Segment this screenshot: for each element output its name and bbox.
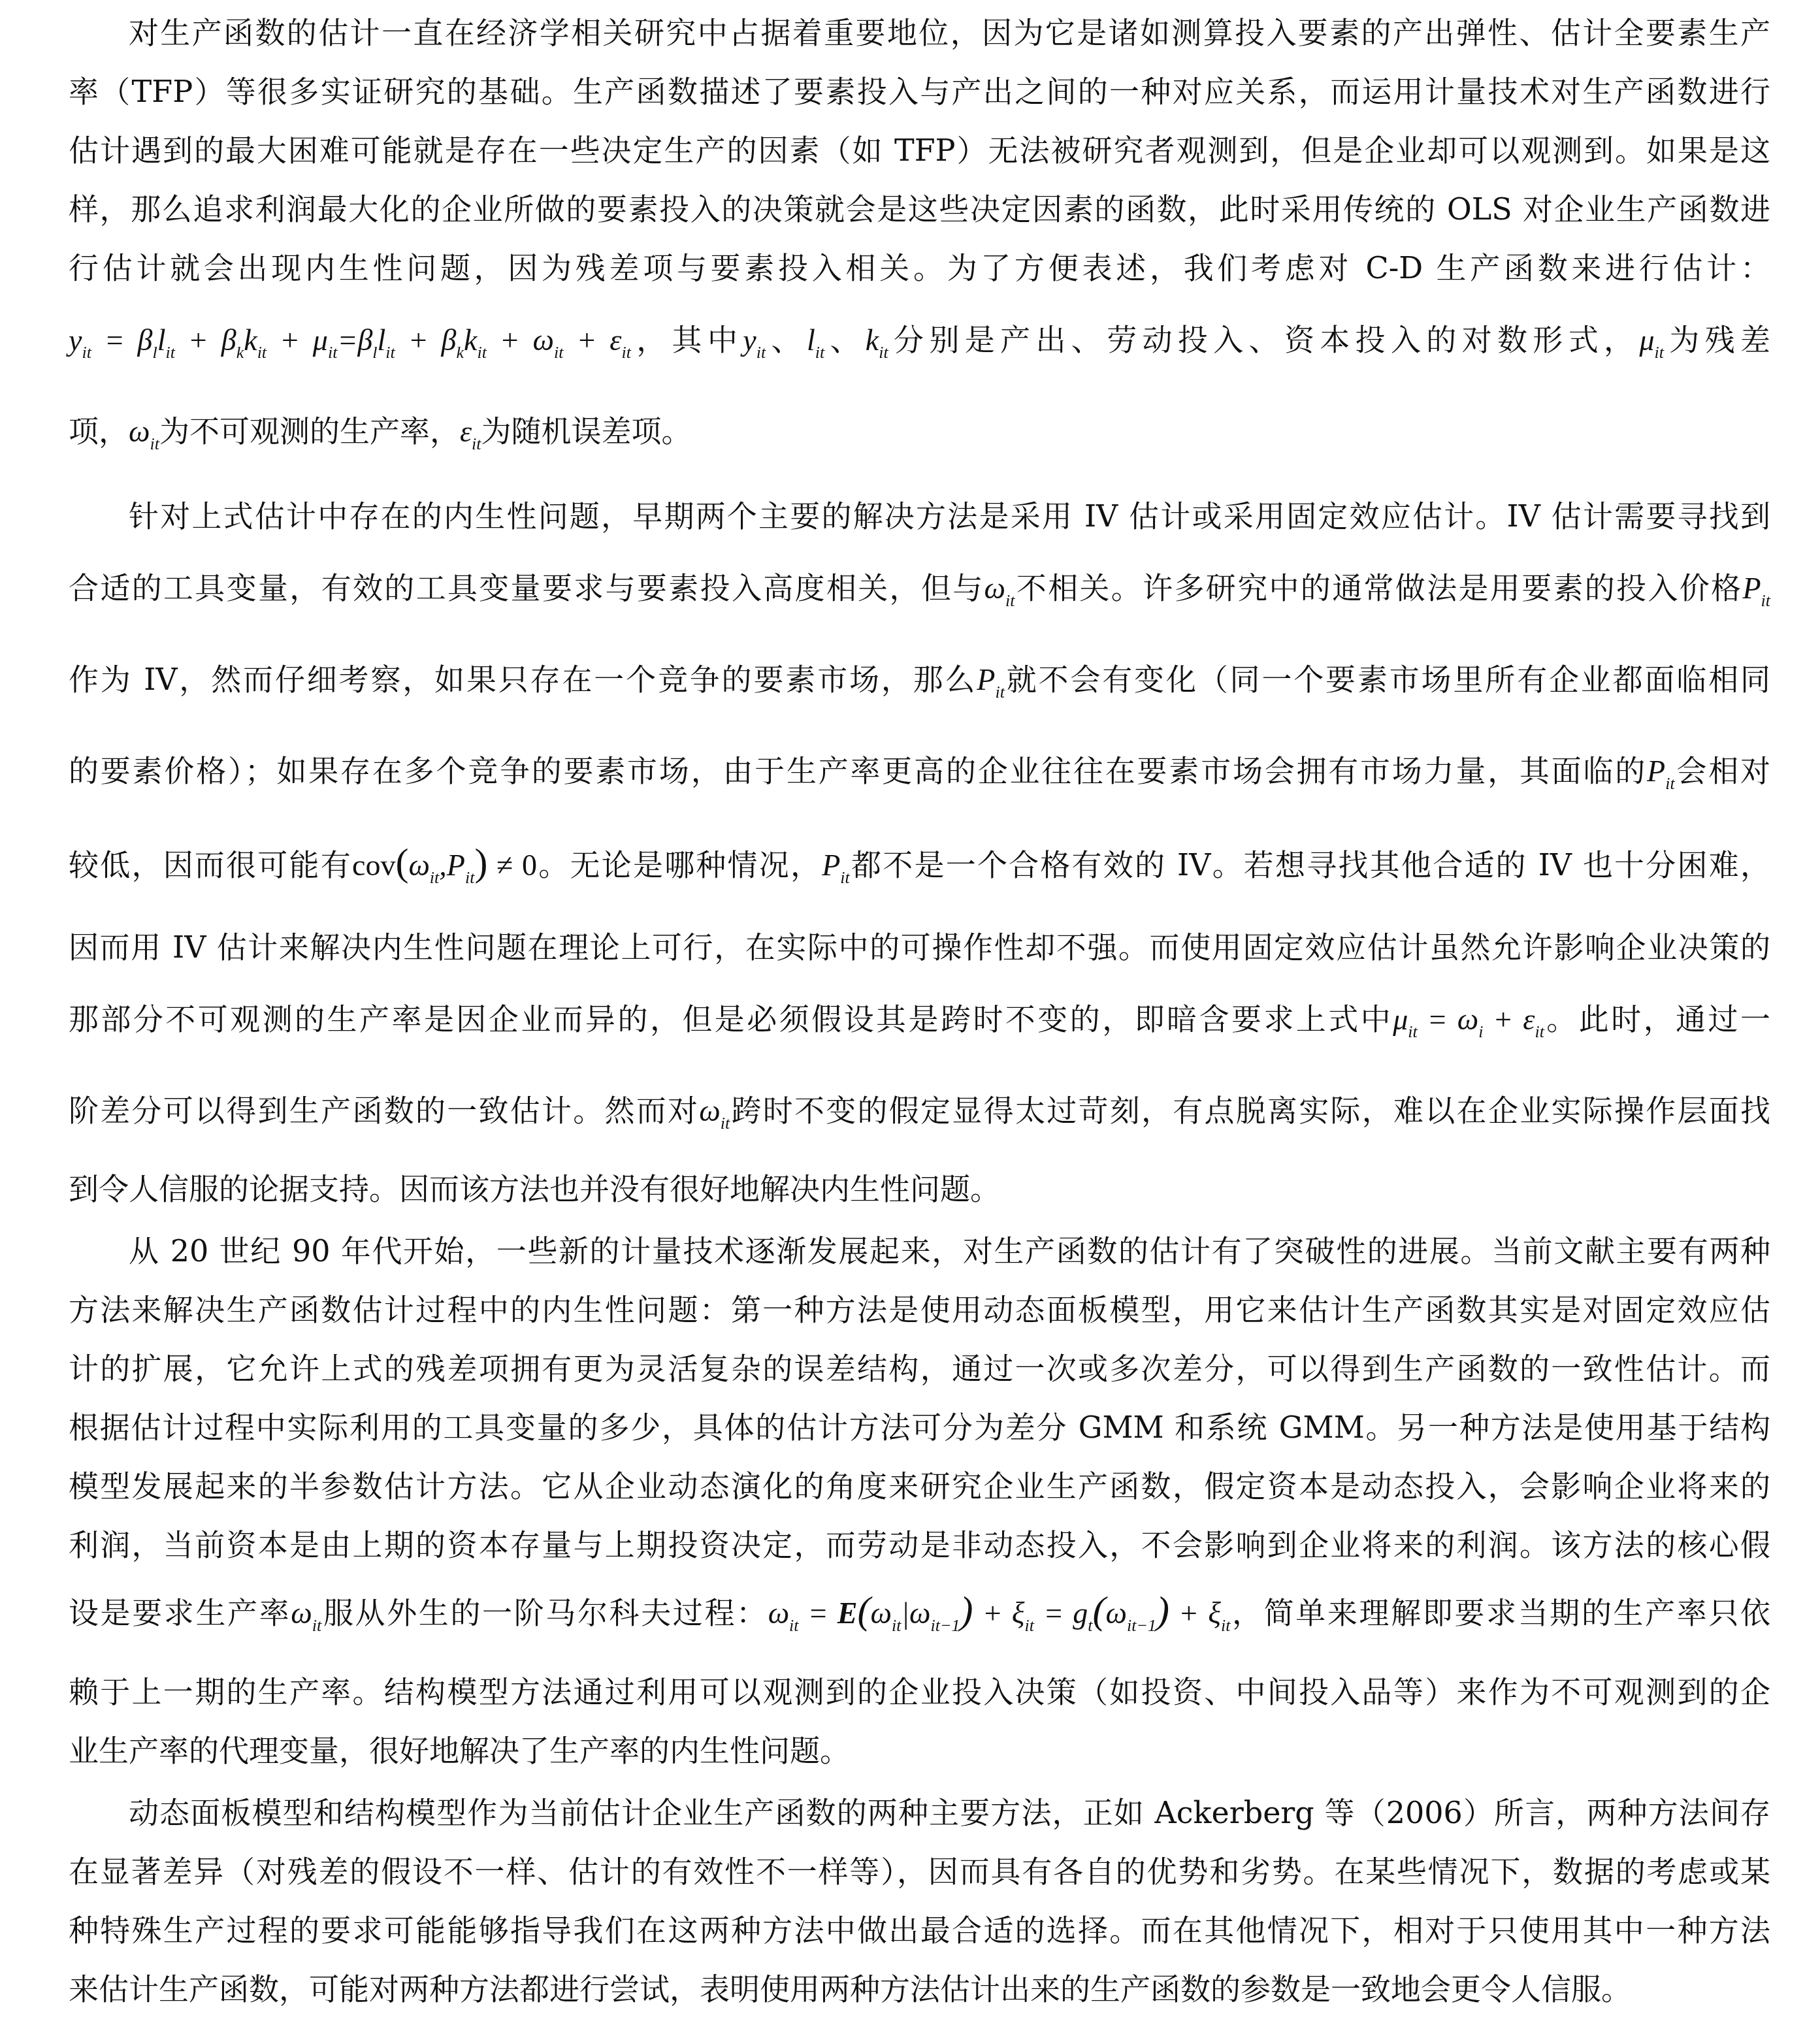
p1-line-7: 项，ωit为不可观测的生产率，εit为随机误差项。 <box>69 412 1770 464</box>
p3-line-7: 设是要求生产率ωit服从外生的一阶马尔科夫过程：ωit = E(ωit|ωit−… <box>69 1591 1770 1645</box>
var-k: kit <box>866 323 888 357</box>
var-P: Pit <box>1742 572 1770 605</box>
var-y: yit <box>743 323 766 357</box>
cov-formula: cov(ωit,Pit) ≠ 0 <box>352 849 537 882</box>
p3-line-1: 从 20 世纪 90 年代开始，一些新的计量技术逐渐发展起来，对生产函数的估计有… <box>69 1231 1770 1270</box>
p2-line-3: 作为 IV，然而仔细考察，如果只存在一个竞争的要素市场，那么Pit就不会有变化（… <box>69 660 1770 712</box>
p3-line-5: 模型发展起来的半参数估计方法。它从企业动态演化的角度来研究企业生产函数，假定资本… <box>69 1466 1770 1506</box>
var-omega: ωit <box>699 1094 730 1127</box>
p3-line-8: 赖于上一期的生产率。结构模型方法通过利用可以观测到的企业投入决策（如投资、中间投… <box>69 1672 1770 1711</box>
p3-line-6: 利润，当前资本是由上期的资本存量与上期投资决定，而劳动是非动态投入，不会影响到企… <box>69 1525 1770 1564</box>
p2-line-6: 因而用 IV 估计来解决内生性问题在理论上可行，在实际中的可操作性却不强。而使用… <box>69 928 1770 967</box>
p1-line-1: 对生产函数的估计一直在经济学相关研究中占据着重要地位，因为它是诸如测算投入要素的… <box>69 13 1770 52</box>
p1-line-4: 样，那么追求利润最大化的企业所做的要素投入的决策就会是这些决定因素的函数，此时采… <box>69 189 1770 229</box>
var-epsilon: εit <box>460 415 481 448</box>
p4-line-4: 来估计生产函数，可能对两种方法都进行尝试，表明使用两种方法估计出来的生产函数的参… <box>69 1969 1770 2009</box>
var-P: Pit <box>977 663 1005 696</box>
p4-line-2: 在显著差异（对残差的假设不一样、估计的有效性不一样等），因而具有各自的优势和劣势… <box>69 1852 1770 1891</box>
p4-line-1: 动态面板模型和结构模型作为当前估计企业生产函数的两种主要方法，正如 Ackerb… <box>69 1793 1770 1832</box>
p3-line-2: 方法来解决生产函数估计过程中的内生性问题：第一种方法是使用动态面板模型，用它来估… <box>69 1290 1770 1329</box>
var-omega: ωit <box>291 1596 321 1630</box>
p1-line-5: 行估计就会出现内生性问题，因为残差项与要素投入相关。为了方便表述，我们考虑对 C… <box>69 248 1770 287</box>
p4-line-3: 种特殊生产过程的要求可能能够指导我们在这两种方法中做出最合适的选择。而在其他情况… <box>69 1911 1770 1950</box>
var-omega: ωit <box>984 572 1015 605</box>
p3-line-3: 计的扩展，它允许上式的残差项拥有更为灵活复杂的误差结构，通过一次或多次差分，可以… <box>69 1349 1770 1388</box>
p3-line-4: 根据估计过程中实际利用的工具变量的多少，具体的估计方法可分为差分 GMM 和系统… <box>69 1408 1770 1447</box>
var-l: lit <box>807 323 824 357</box>
var-P: Pit <box>1647 754 1675 788</box>
production-function-equation-line: yit = βllit + βkkit + μit=βllit + βkkit … <box>69 320 1770 372</box>
p2-line-5: 较低，因而很可能有cov(ωit,Pit) ≠ 0。无论是哪种情况，Pit都不是… <box>69 843 1770 897</box>
var-mu: μit <box>1639 323 1664 357</box>
p1-line-3: 估计遇到的最大困难可能就是存在一些决定生产的因素（如 TFP）无法被研究者观测到… <box>69 131 1770 170</box>
var-omega: ωit <box>129 415 159 448</box>
markov-process-formula: ωit = E(ωit|ωit−1) + ξit = gt(ωit−1) + ξ… <box>768 1596 1231 1630</box>
p2-line-7: 那部分不可观测的生产率是因企业而异的，但是必须假设其是跨时不变的，即暗含要求上式… <box>69 999 1770 1052</box>
p2-line-8: 阶差分可以得到生产函数的一致估计。然而对ωit跨时不变的假定显得太过苛刻，有点脱… <box>69 1091 1770 1143</box>
p2-line-9: 到令人信服的论据支持。因而该方法也并没有很好地解决内生性问题。 <box>69 1169 1770 1208</box>
p3-line-9: 业生产率的代理变量，很好地解决了生产率的内生性问题。 <box>69 1731 1770 1770</box>
p1-line-2: 率（TFP）等很多实证研究的基础。生产函数描述了要素投入与产出之间的一种对应关系… <box>69 72 1770 111</box>
var-P: Pit <box>822 849 850 882</box>
p2-line-4: 的要素价格）；如果存在多个竞争的要素市场，由于生产率更高的企业往往在要素市场会拥… <box>69 751 1770 803</box>
equation-cd-production-function: yit = βllit + βkkit + μit=βllit + βkkit … <box>69 323 631 357</box>
fixed-effect-formula: μit = ωi + εit <box>1393 1003 1544 1036</box>
p2-line-1: 针对上式估计中存在的内生性问题，早期两个主要的解决方法是采用 IV 估计或采用固… <box>69 496 1770 536</box>
p2-line-2: 合适的工具变量，有效的工具变量要求与要素投入高度相关，但与ωit不相关。许多研究… <box>69 568 1770 621</box>
